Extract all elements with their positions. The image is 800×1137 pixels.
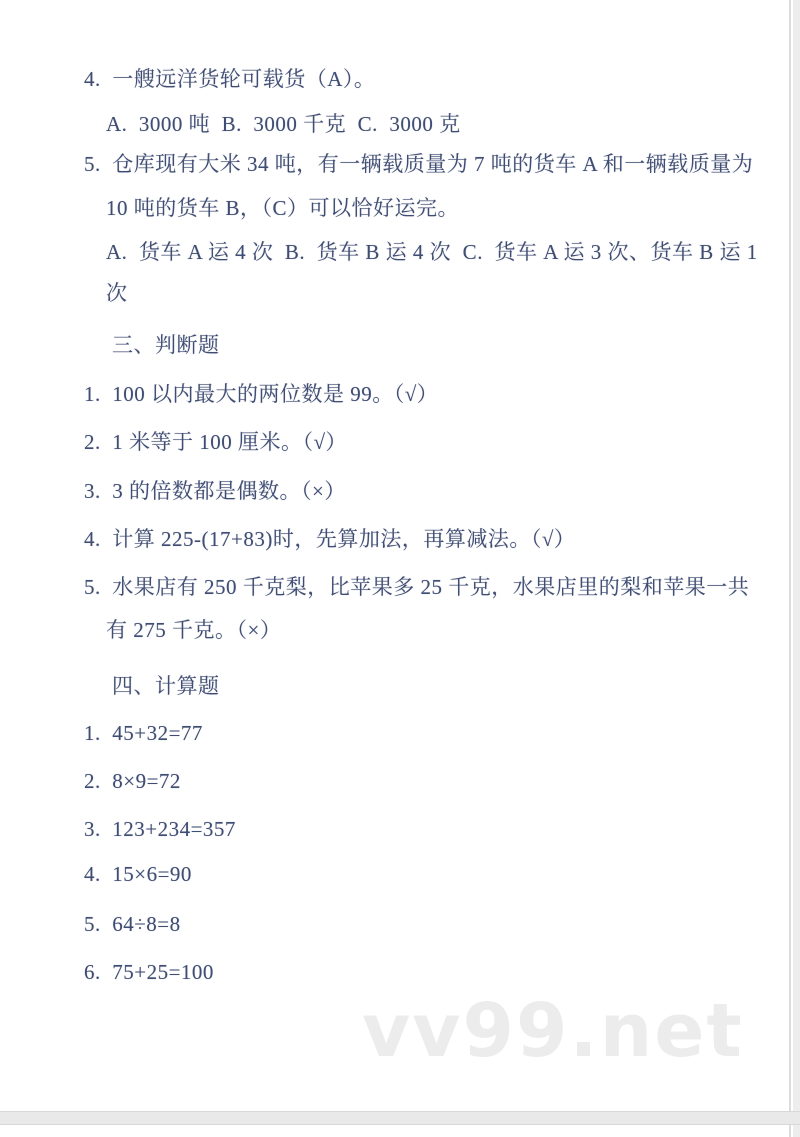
section-calculation-title: 四、计算题 — [112, 674, 220, 698]
question-4-options: A. 3000 吨 B. 3000 千克 C. 3000 克 — [106, 112, 461, 136]
page-separator — [0, 1111, 800, 1125]
page-edge-strip — [793, 0, 800, 1137]
page-edge-line — [789, 0, 791, 1137]
calculation-5: 5. 64÷8=8 — [84, 912, 181, 936]
question-5-line-2: 10 吨的货车 B，（C）可以恰好运完。 — [106, 196, 459, 220]
section-judgment-title: 三、判断题 — [112, 333, 220, 357]
question-5-options-line-2: 次 — [106, 281, 128, 305]
judgment-5-line-1: 5. 水果店有 250 千克梨，比苹果多 25 千克，水果店里的梨和苹果一共 — [84, 575, 749, 599]
judgment-4: 4. 计算 225-(17+83)时，先算加法，再算减法。（√） — [84, 527, 575, 551]
watermark: vv99.net — [362, 988, 744, 1074]
calculation-2: 2. 8×9=72 — [84, 769, 181, 793]
judgment-2: 2. 1 米等于 100 厘米。（√） — [84, 430, 347, 454]
document-page: 4. 一艘远洋货轮可载货（A）。 A. 3000 吨 B. 3000 千克 C.… — [0, 0, 800, 1137]
question-5-options-line-1: A. 货车 A 运 4 次 B. 货车 B 运 4 次 C. 货车 A 运 3 … — [106, 240, 758, 264]
calculation-1: 1. 45+32=77 — [84, 721, 203, 745]
question-5-line-1: 5. 仓库现有大米 34 吨，有一辆载质量为 7 吨的货车 A 和一辆载质量为 — [84, 152, 753, 176]
judgment-1: 1. 100 以内最大的两位数是 99。（√） — [84, 382, 438, 406]
judgment-5-line-2: 有 275 千克。（×） — [106, 618, 281, 642]
calculation-6: 6. 75+25=100 — [84, 960, 214, 984]
calculation-3: 3. 123+234=357 — [84, 817, 236, 841]
question-4-text: 4. 一艘远洋货轮可载货（A）。 — [84, 67, 375, 91]
calculation-4: 4. 15×6=90 — [84, 862, 192, 886]
judgment-3: 3. 3 的倍数都是偶数。（×） — [84, 479, 346, 503]
